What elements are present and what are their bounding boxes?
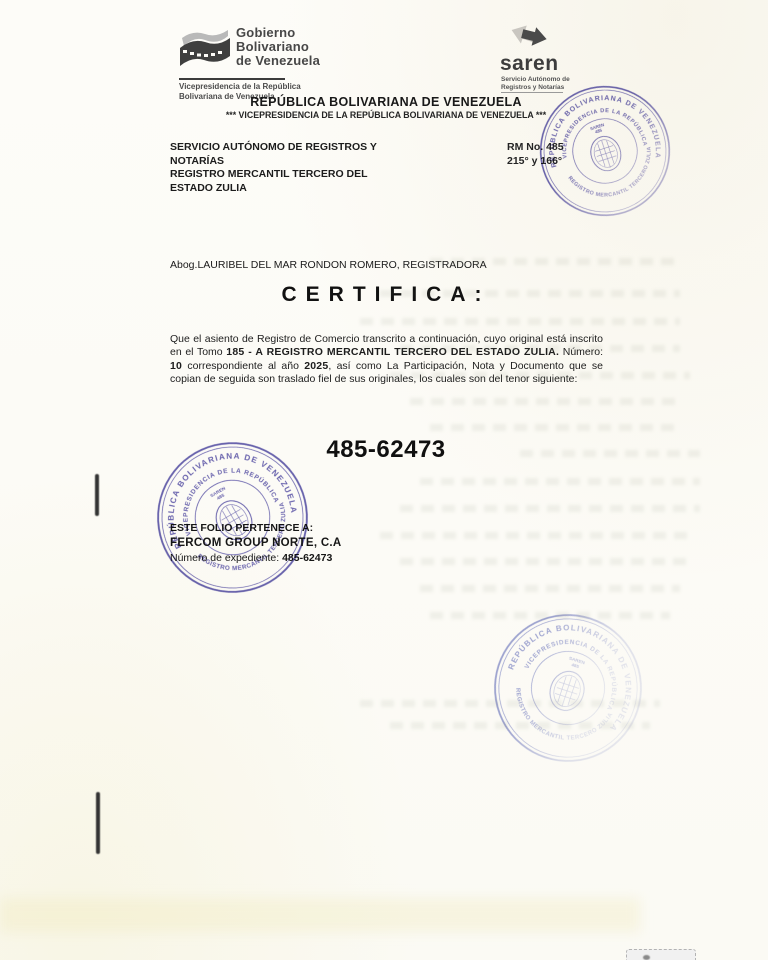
saren-sub1: Servicio Autónomo de — [501, 76, 570, 84]
svg-text:REGISTRO MERCANTIL TERCERO ZUL: REGISTRO MERCANTIL TERCERO ZULIA — [565, 145, 664, 211]
bleed-through-line — [400, 558, 690, 565]
binding-mark — [95, 474, 99, 516]
svg-text:SAREN: SAREN — [568, 656, 586, 666]
registry-office-block: SERVICIO AUTÓNOMO DE REGISTROS Y NOTARÍA… — [170, 141, 377, 195]
bleed-through-line — [360, 318, 680, 325]
bleed-through-line — [430, 612, 670, 619]
bleed-through-line — [360, 700, 660, 707]
svg-text:REGISTRO MERCANTIL TERCERO ZUL: REGISTRO MERCANTIL TERCERO ZULIA — [503, 681, 615, 755]
svg-text:485: 485 — [216, 492, 226, 501]
cutoff-ui-glyph — [643, 955, 650, 960]
svg-text:485: 485 — [571, 662, 580, 669]
bleed-through-line — [380, 532, 690, 539]
saren-sub2: Registros y Notarías — [501, 84, 570, 92]
gobierno-sub1: Vicepresidencia de la República — [179, 82, 301, 92]
saren-wordmark: saren — [500, 52, 559, 76]
venezuela-flag-film-icon — [178, 28, 232, 74]
bleed-through-line — [380, 290, 680, 297]
company-name: FERCOM GROUP NORTE, C.A — [170, 536, 342, 551]
rm-number: RM No. 485 — [507, 141, 564, 155]
scanned-certificate-page: Gobierno Bolivariano de Venezuela Vicepr… — [0, 0, 768, 960]
office-line1: SERVICIO AUTÓNOMO DE REGISTROS Y — [170, 141, 377, 155]
bleed-through-line — [520, 450, 700, 457]
gobierno-line2: Bolivariano — [236, 40, 320, 54]
document-title: REPÚBLICA BOLIVARIANA DE VENEZUELA — [170, 95, 602, 109]
bleed-through-line — [430, 424, 680, 431]
office-line4: ESTADO ZULIA — [170, 182, 377, 196]
year-bold-segment: 2025 — [304, 360, 328, 372]
saren-subtext: Servicio Autónomo de Registros y Notaría… — [501, 76, 570, 91]
bleed-through-line — [390, 722, 650, 729]
binding-mark — [96, 792, 100, 854]
svg-text:SAREN: SAREN — [209, 485, 227, 499]
bleed-through-line — [390, 372, 690, 379]
gobierno-line3: de Venezuela — [236, 54, 320, 68]
saren-arrows-icon — [508, 18, 548, 54]
office-line3: REGISTRO MERCANTIL TERCERO DEL — [170, 168, 377, 182]
scan-discoloration — [0, 898, 640, 932]
gobierno-line1: Gobierno — [236, 26, 320, 40]
svg-text:REPÚBLICA BOLIVARIANA DE VENEZ: REPÚBLICA BOLIVARIANA DE VENEZUELA — [497, 606, 649, 735]
document-subtitle: *** VICEPRESIDENCIA DE LA REPÚBLICA BOLI… — [170, 110, 602, 120]
folio-owner-label: ESTE FOLIO PERTENECE A: — [170, 521, 342, 536]
saren-logo-divider — [501, 92, 563, 93]
expediente-number: 485-62473 — [282, 552, 332, 564]
anniversary-years: 215° y 166° — [507, 155, 564, 169]
office-line2: NOTARÍAS — [170, 155, 377, 169]
bleed-through-line — [410, 398, 680, 405]
bleed-through-line — [420, 585, 680, 592]
bleed-through-line — [400, 505, 700, 512]
svg-text:485: 485 — [594, 127, 603, 134]
paragraph-segment: correspondiente al año — [182, 360, 304, 372]
bleed-through-line — [430, 258, 680, 265]
bleed-through-line — [400, 345, 680, 352]
gobierno-logo-divider — [179, 78, 285, 80]
numero-bold-segment: 10 — [170, 360, 182, 372]
svg-text:SAREN: SAREN — [589, 122, 604, 131]
expediente-label: Número de expediente: — [170, 552, 282, 564]
bleed-through-line — [420, 478, 700, 485]
cutoff-ui-element[interactable] — [626, 949, 696, 960]
registry-ink-stamp-bottom-right: REPÚBLICA BOLIVARIANA DE VENEZUELA VICEP… — [472, 592, 664, 784]
rm-number-block: RM No. 485 215° y 166° — [507, 141, 564, 168]
expediente-line: Número de expediente: 485-62473 — [170, 551, 342, 566]
gobierno-logo-text: Gobierno Bolivariano de Venezuela — [236, 26, 320, 68]
folio-owner-block: ESTE FOLIO PERTENECE A: FERCOM GROUP NOR… — [170, 521, 342, 566]
